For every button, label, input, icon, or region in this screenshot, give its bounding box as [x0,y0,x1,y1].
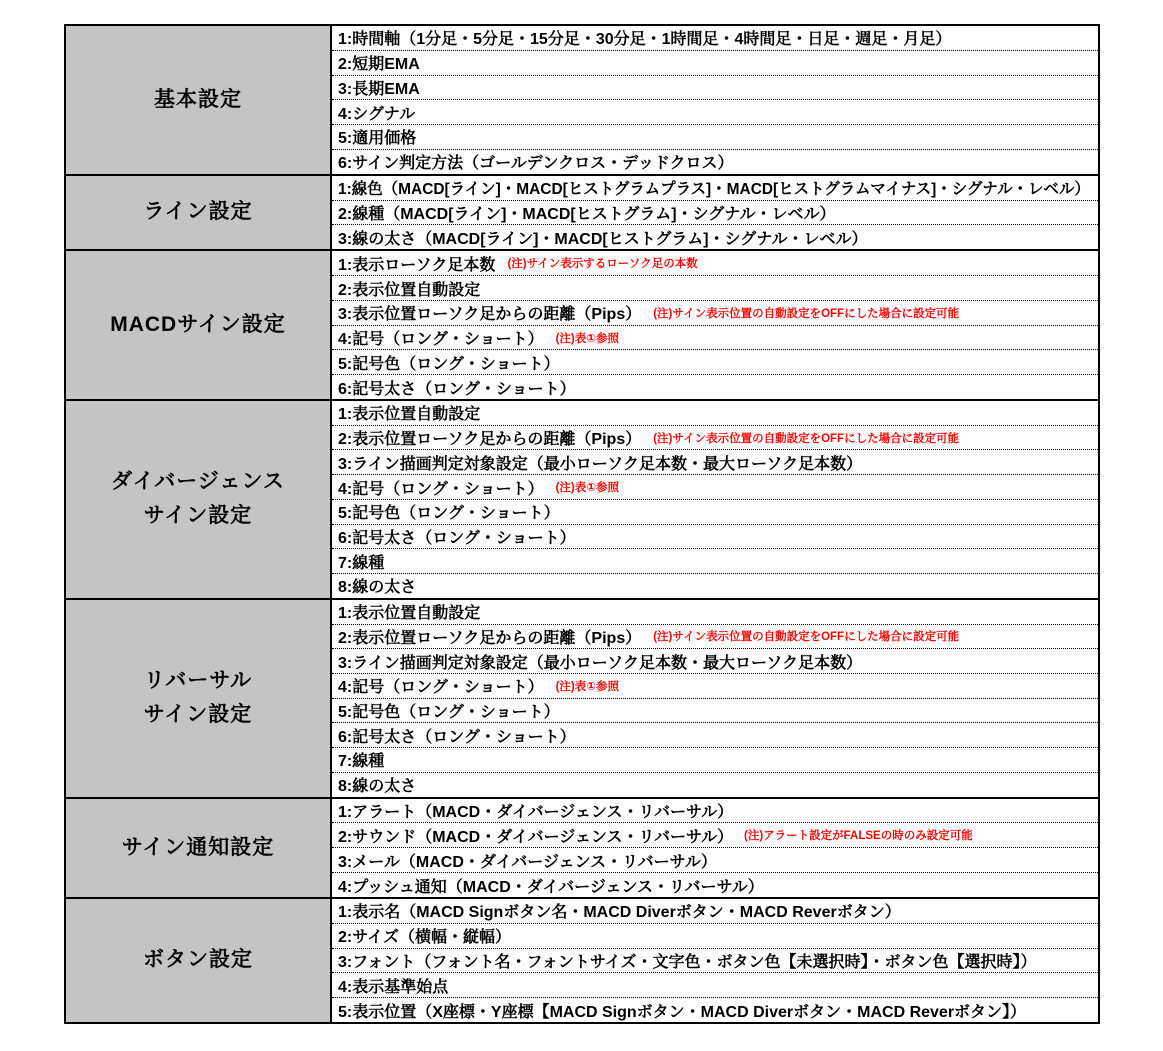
setting-text: 2:表示位置自動設定 [338,277,480,300]
setting-text: 4:記号（ロング・ショート） [338,674,544,697]
setting-text: 3:メール（MACD・ダイバージェンス・リバーサル） [338,849,717,872]
setting-row: 1:アラート（MACD・ダイバージェンス・リバーサル） [332,799,1098,823]
setting-text: 7:線種 [338,550,384,573]
setting-row-content: 2:表示位置ローソク足からの距離（Pips）(注)サイン表示位置の自動設定をOF… [338,426,959,449]
category-label: MACDサイン設定 [110,308,286,342]
setting-text: 8:線の太さ [338,574,416,597]
settings-table: 基本設定1:時間軸（1分足・5分足・15分足・30分足・1時間足・4時間足・日足… [64,24,1100,1024]
category-label: サイン設定 [144,698,253,732]
setting-text: 6:記号太さ（ロング・ショート） [338,724,576,747]
setting-row: 7:線種 [332,548,1098,573]
category-label: リバーサル [144,664,252,698]
category-label: サイン通知設定 [122,831,275,865]
setting-row-content: 2:表示位置ローソク足からの距離（Pips）(注)サイン表示位置の自動設定をOF… [338,625,959,648]
category-label: サイン設定 [144,499,253,533]
setting-text: 4:表示基準始点 [338,974,448,997]
setting-row: 3:メール（MACD・ダイバージェンス・リバーサル） [332,847,1098,872]
category-cell: 基本設定 [66,26,330,174]
setting-row: 2:表示位置ローソク足からの距離（Pips）(注)サイン表示位置の自動設定をOF… [332,425,1098,450]
setting-row: 4:プッシュ通知（MACD・ダイバージェンス・リバーサル） [332,872,1098,897]
setting-row: 5:適用価格 [332,124,1098,149]
setting-text: 7:線種 [338,748,384,771]
category-cell: ダイバージェンスサイン設定 [66,401,330,598]
category-label: ボタン設定 [143,943,253,977]
setting-row-content: 3:フォント（フォント名・フォントサイズ・文字色・ボタン色【未選択時】・ボタン色… [338,949,1037,972]
setting-row: 2:表示位置ローソク足からの距離（Pips）(注)サイン表示位置の自動設定をOF… [332,624,1098,649]
setting-row-content: 2:表示位置自動設定 [338,277,480,300]
setting-row: 6:記号太さ（ロング・ショート） [332,524,1098,549]
setting-row: 3:線の太さ（MACD[ライン]・MACD[ヒストグラム]・シグナル・レベル） [332,224,1098,249]
table-section-6: サイン通知設定1:アラート（MACD・ダイバージェンス・リバーサル）2:サウンド… [66,797,1098,897]
note-text: (注)アラート設定がFALSEの時のみ設定可能 [744,827,973,843]
setting-text: 3:線の太さ（MACD[ライン]・MACD[ヒストグラム]・シグナル・レベル） [338,226,867,249]
setting-row-content: 1:アラート（MACD・ダイバージェンス・リバーサル） [338,799,733,822]
category-cell: MACDサイン設定 [66,251,330,399]
setting-row: 3:フォント（フォント名・フォントサイズ・文字色・ボタン色【未選択時】・ボタン色… [332,948,1098,973]
section-rows: 1:線色（MACD[ライン]・MACD[ヒストグラムプラス]・MACD[ヒストグ… [330,176,1098,250]
table-section-2: ライン設定1:線色（MACD[ライン]・MACD[ヒストグラムプラス]・MACD… [66,174,1098,250]
setting-text: 6:記号太さ（ロング・ショート） [338,525,576,548]
table-section-3: MACDサイン設定1:表示ローソク足本数(注)サイン表示するローソク足の本数2:… [66,249,1098,399]
setting-row-content: 2:線種（MACD[ライン]・MACD[ヒストグラム]・シグナル・レベル） [338,201,835,224]
setting-text: 2:サウンド（MACD・ダイバージェンス・リバーサル） [338,824,733,847]
setting-text: 4:記号（ロング・ショート） [338,476,544,499]
setting-row-content: 3:ライン描画判定対象設定（最小ローソク足本数・最大ローソク足本数） [338,650,862,673]
setting-text: 1:表示名（MACD Signボタン名・MACD Diverボタン・MACD R… [338,899,901,922]
setting-text: 2:表示位置ローソク足からの距離（Pips） [338,426,641,449]
setting-row-content: 4:シグナル [338,101,415,124]
setting-row-content: 5:記号色（ロング・ショート） [338,351,560,374]
setting-text: 5:表示位置（X座標・Y座標【MACD Signボタン・MACD Diverボタ… [338,999,1026,1022]
setting-text: 5:記号色（ロング・ショート） [338,500,560,523]
table-section-4: ダイバージェンスサイン設定1:表示位置自動設定2:表示位置ローソク足からの距離（… [66,399,1098,598]
setting-row: 2:サウンド（MACD・ダイバージェンス・リバーサル）(注)アラート設定がFAL… [332,822,1098,847]
setting-row: 6:サイン判定方法（ゴールデンクロス・デッドクロス） [332,149,1098,174]
setting-row: 6:記号太さ（ロング・ショート） [332,722,1098,747]
setting-text: 2:表示位置ローソク足からの距離（Pips） [338,625,641,648]
setting-text: 4:記号（ロング・ショート） [338,326,544,349]
category-cell: ライン設定 [66,176,330,250]
setting-row-content: 7:線種 [338,550,384,573]
setting-text: 2:短期EMA [338,51,420,74]
setting-row-content: 3:長期EMA [338,76,420,99]
setting-row-content: 4:記号（ロング・ショート）(注)表①参照 [338,326,619,349]
setting-row-content: 1:表示ローソク足本数(注)サイン表示するローソク足の本数 [338,252,698,275]
setting-text: 1:表示位置自動設定 [338,401,480,424]
setting-text: 2:サイズ（横幅・縦幅） [338,924,511,947]
note-text: (注)表①参照 [556,479,619,495]
setting-row-content: 7:線種 [338,748,384,771]
setting-row: 1:表示名（MACD Signボタン名・MACD Diverボタン・MACD R… [332,899,1098,923]
section-rows: 1:アラート（MACD・ダイバージェンス・リバーサル）2:サウンド（MACD・ダ… [330,799,1098,897]
setting-text: 1:アラート（MACD・ダイバージェンス・リバーサル） [338,799,733,822]
category-label: ダイバージェンス [111,465,285,499]
category-cell: リバーサルサイン設定 [66,600,330,797]
table-section-7: ボタン設定1:表示名（MACD Signボタン名・MACD Diverボタン・M… [66,897,1098,1022]
setting-row-content: 1:線色（MACD[ライン]・MACD[ヒストグラムプラス]・MACD[ヒストグ… [338,176,1090,199]
setting-row-content: 3:線の太さ（MACD[ライン]・MACD[ヒストグラム]・シグナル・レベル） [338,226,867,249]
setting-row-content: 5:表示位置（X座標・Y座標【MACD Signボタン・MACD Diverボタ… [338,999,1026,1022]
section-rows: 1:表示名（MACD Signボタン名・MACD Diverボタン・MACD R… [330,899,1098,1022]
setting-row: 3:長期EMA [332,75,1098,100]
setting-row: 3:ライン描画判定対象設定（最小ローソク足本数・最大ローソク足本数） [332,449,1098,474]
setting-row: 8:線の太さ [332,772,1098,797]
category-cell: ボタン設定 [66,899,330,1022]
category-label: 基本設定 [154,83,242,117]
setting-row: 5:記号色（ロング・ショート） [332,349,1098,374]
setting-text: 1:表示位置自動設定 [338,600,480,623]
setting-row: 3:ライン描画判定対象設定（最小ローソク足本数・最大ローソク足本数） [332,648,1098,673]
setting-text: 6:記号太さ（ロング・ショート） [338,376,576,399]
setting-row-content: 4:記号（ロング・ショート）(注)表①参照 [338,674,619,697]
setting-text: 5:記号色（ロング・ショート） [338,699,560,722]
note-text: (注)サイン表示位置の自動設定をOFFにした場合に設定可能 [653,430,959,446]
note-text: (注)サイン表示位置の自動設定をOFFにした場合に設定可能 [653,628,959,644]
setting-row: 4:記号（ロング・ショート）(注)表①参照 [332,474,1098,499]
setting-text: 3:ライン描画判定対象設定（最小ローソク足本数・最大ローソク足本数） [338,650,862,673]
setting-text: 8:線の太さ [338,773,416,796]
setting-row-content: 2:サイズ（横幅・縦幅） [338,924,511,947]
category-label: ライン設定 [143,195,252,229]
setting-row-content: 4:表示基準始点 [338,974,448,997]
setting-row: 5:表示位置（X座標・Y座標【MACD Signボタン・MACD Diverボタ… [332,997,1098,1022]
setting-row: 4:記号（ロング・ショート）(注)表①参照 [332,325,1098,350]
setting-row-content: 8:線の太さ [338,574,416,597]
setting-row-content: 6:記号太さ（ロング・ショート） [338,525,576,548]
setting-row: 1:表示ローソク足本数(注)サイン表示するローソク足の本数 [332,251,1098,275]
setting-row-content: 6:サイン判定方法（ゴールデンクロス・デッドクロス） [338,150,734,173]
setting-row-content: 1:表示位置自動設定 [338,401,480,424]
setting-row-content: 6:記号太さ（ロング・ショート） [338,376,576,399]
setting-row-content: 6:記号太さ（ロング・ショート） [338,724,576,747]
section-rows: 1:表示位置自動設定2:表示位置ローソク足からの距離（Pips）(注)サイン表示… [330,401,1098,598]
setting-text: 1:線色（MACD[ライン]・MACD[ヒストグラムプラス]・MACD[ヒストグ… [338,176,1090,199]
setting-row-content: 5:記号色（ロング・ショート） [338,500,560,523]
setting-row-content: 4:プッシュ通知（MACD・ダイバージェンス・リバーサル） [338,874,764,897]
setting-row: 2:表示位置自動設定 [332,275,1098,300]
setting-row: 4:シグナル [332,99,1098,124]
table-section-5: リバーサルサイン設定1:表示位置自動設定2:表示位置ローソク足からの距離（Pip… [66,598,1098,797]
note-text: (注)表①参照 [556,678,619,694]
setting-row: 2:線種（MACD[ライン]・MACD[ヒストグラム]・シグナル・レベル） [332,200,1098,225]
setting-text: 5:適用価格 [338,125,416,148]
setting-row: 8:線の太さ [332,573,1098,598]
setting-row: 5:記号色（ロング・ショート） [332,499,1098,524]
setting-row-content: 5:適用価格 [338,125,416,148]
setting-row-content: 3:メール（MACD・ダイバージェンス・リバーサル） [338,849,717,872]
setting-text: 5:記号色（ロング・ショート） [338,351,560,374]
setting-row-content: 8:線の太さ [338,773,416,796]
setting-row-content: 1:時間軸（1分足・5分足・15分足・30分足・1時間足・4時間足・日足・週足・… [338,26,951,49]
setting-row: 1:線色（MACD[ライン]・MACD[ヒストグラムプラス]・MACD[ヒストグ… [332,176,1098,200]
setting-text: 6:サイン判定方法（ゴールデンクロス・デッドクロス） [338,150,734,173]
setting-row-content: 5:記号色（ロング・ショート） [338,699,560,722]
setting-row: 6:記号太さ（ロング・ショート） [332,374,1098,399]
setting-row: 2:サイズ（横幅・縦幅） [332,923,1098,948]
setting-text: 3:フォント（フォント名・フォントサイズ・文字色・ボタン色【未選択時】・ボタン色… [338,949,1037,972]
setting-row: 4:記号（ロング・ショート）(注)表①参照 [332,673,1098,698]
setting-text: 3:表示位置ローソク足からの距離（Pips） [338,301,641,324]
setting-text: 4:シグナル [338,101,415,124]
setting-row: 2:短期EMA [332,50,1098,75]
setting-text: 4:プッシュ通知（MACD・ダイバージェンス・リバーサル） [338,874,764,897]
setting-row-content: 2:短期EMA [338,51,420,74]
table-section-1: 基本設定1:時間軸（1分足・5分足・15分足・30分足・1時間足・4時間足・日足… [66,26,1098,174]
setting-row: 1:表示位置自動設定 [332,600,1098,624]
setting-row: 1:表示位置自動設定 [332,401,1098,425]
setting-row-content: 3:表示位置ローソク足からの距離（Pips）(注)サイン表示位置の自動設定をOF… [338,301,959,324]
note-text: (注)サイン表示するローソク足の本数 [507,255,697,271]
setting-row-content: 2:サウンド（MACD・ダイバージェンス・リバーサル） [338,824,733,847]
setting-text: 1:時間軸（1分足・5分足・15分足・30分足・1時間足・4時間足・日足・週足・… [338,26,951,49]
section-rows: 1:表示ローソク足本数(注)サイン表示するローソク足の本数2:表示位置自動設定3… [330,251,1098,399]
setting-row-content: 3:ライン描画判定対象設定（最小ローソク足本数・最大ローソク足本数） [338,451,862,474]
note-text: (注)表①参照 [556,330,619,346]
setting-row: 5:記号色（ロング・ショート） [332,698,1098,723]
note-text: (注)サイン表示位置の自動設定をOFFにした場合に設定可能 [653,305,959,321]
setting-row: 3:表示位置ローソク足からの距離（Pips）(注)サイン表示位置の自動設定をOF… [332,300,1098,325]
category-cell: サイン通知設定 [66,799,330,897]
setting-row: 7:線種 [332,747,1098,772]
setting-text: 2:線種（MACD[ライン]・MACD[ヒストグラム]・シグナル・レベル） [338,201,835,224]
section-rows: 1:時間軸（1分足・5分足・15分足・30分足・1時間足・4時間足・日足・週足・… [330,26,1098,174]
setting-text: 3:ライン描画判定対象設定（最小ローソク足本数・最大ローソク足本数） [338,451,862,474]
setting-row-content: 4:記号（ロング・ショート）(注)表①参照 [338,476,619,499]
setting-text: 3:長期EMA [338,76,420,99]
setting-text: 1:表示ローソク足本数 [338,252,495,275]
setting-row: 1:時間軸（1分足・5分足・15分足・30分足・1時間足・4時間足・日足・週足・… [332,26,1098,50]
setting-row-content: 1:表示位置自動設定 [338,600,480,623]
setting-row: 4:表示基準始点 [332,972,1098,997]
section-rows: 1:表示位置自動設定2:表示位置ローソク足からの距離（Pips）(注)サイン表示… [330,600,1098,797]
setting-row-content: 1:表示名（MACD Signボタン名・MACD Diverボタン・MACD R… [338,899,901,922]
